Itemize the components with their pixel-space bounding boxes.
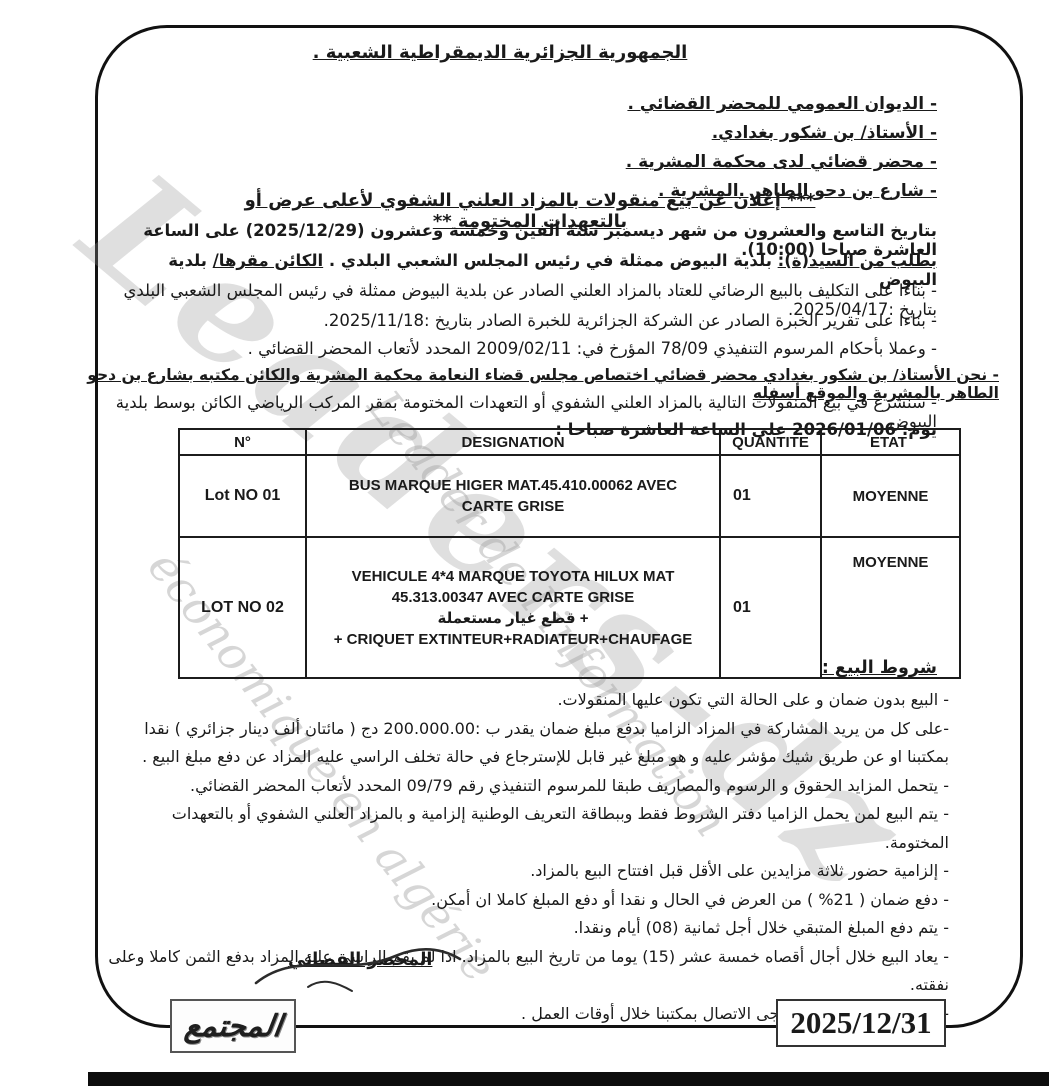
office-line-3: - محضر قضائي لدى محكمة المشرية . bbox=[517, 148, 937, 177]
lot2-designation-line4: + CRIQUET EXTINTEUR+RADIATEUR+CHAUFAGE bbox=[315, 629, 711, 650]
condition-item-6: - دفع ضمان ( 21% ) من العرض في الحال و ن… bbox=[104, 886, 949, 915]
condition-item-8: - يعاد البيع خلال أجال أقصاه خمسة عشر (1… bbox=[104, 943, 949, 1000]
lot1-etat: MOYENNE bbox=[821, 455, 960, 537]
lot1-designation: BUS MARQUE HIGER MAT.45.410.00062 AVEC C… bbox=[306, 455, 720, 537]
conditions-list: - البيع بدون ضمان و على الحالة التي تكون… bbox=[104, 686, 949, 1028]
request-label: بطلب من السيد(ة): bbox=[778, 251, 937, 270]
request-value: بلدية البيوض ممثلة في رئيس المجلس الشعبي… bbox=[323, 251, 777, 270]
lot1-quantity: 01 bbox=[720, 455, 821, 537]
lot1-number: Lot NO 01 bbox=[179, 455, 306, 537]
table-row: Lot NO 01 BUS MARQUE HIGER MAT.45.410.00… bbox=[179, 455, 960, 537]
condition-item-7: - يتم دفع المبلغ المتبقي خلال أجل ثمانية… bbox=[104, 914, 949, 943]
col-header-quantite: QUANTITE bbox=[720, 429, 821, 455]
conditions-title: شروط البيع : bbox=[822, 658, 937, 678]
lot2-quantity: 01 bbox=[720, 537, 821, 678]
document-page: Leaders-dz Leader de l'information écono… bbox=[0, 0, 1049, 1088]
lot1-designation-line2: CARTE GRISE bbox=[315, 496, 711, 517]
lot2-etat: MOYENNE bbox=[821, 537, 960, 678]
condition-item-2: -على كل من يريد المشاركة في المزاد الزام… bbox=[104, 715, 949, 772]
lot2-designation: VEHICULE 4*4 MARQUE TOYOTA HILUX MAT 45.… bbox=[306, 537, 720, 678]
col-header-number: N° bbox=[179, 429, 306, 455]
lot2-number: LOT NO 02 bbox=[179, 537, 306, 678]
col-header-designation: DESIGNATION bbox=[306, 429, 720, 455]
table-row: LOT NO 02 VEHICULE 4*4 MARQUE TOYOTA HIL… bbox=[179, 537, 960, 678]
table-header-row: N° DESIGNATION QUANTITE ETAT bbox=[179, 429, 960, 455]
request-hq-label: الكائن مقرها/ bbox=[213, 251, 323, 270]
condition-item-3: - يتحمل المزايد الحقوق و الرسوم والمصاري… bbox=[104, 772, 949, 801]
basis-line-2: - بناءا على تقرير الخبرة الصادر عن الشرك… bbox=[107, 311, 937, 330]
lot2-designation-line3: + قطع غيار مستعملة bbox=[315, 608, 711, 629]
handwritten-signature bbox=[248, 935, 468, 995]
office-line-1: - الديوان العمومي للمحضر القضائي . bbox=[517, 90, 937, 119]
lot1-designation-line1: BUS MARQUE HIGER MAT.45.410.00062 AVEC bbox=[315, 475, 711, 496]
stamp-calligraphy-text: المجتمع bbox=[182, 1009, 283, 1044]
condition-item-4: - يتم البيع لمن يحمل الزاميا دفتر الشروط… bbox=[104, 800, 949, 857]
publication-date: 2025/12/31 bbox=[790, 1005, 931, 1041]
bailiff-office-block: - الديوان العمومي للمحضر القضائي . - الأ… bbox=[517, 90, 937, 206]
lot2-designation-line2: 45.313.00347 AVEC CARTE GRISE bbox=[315, 587, 711, 608]
republic-title: الجمهورية الجزائرية الديمقراطية الشعبية … bbox=[280, 42, 720, 63]
col-header-etat: ETAT bbox=[821, 429, 960, 455]
basis-line-3: - وعملا بأحكام المرسوم التنفيذي 78/09 ال… bbox=[107, 339, 937, 358]
condition-item-5: - إلزامية حضور ثلاثة مزايدين على الأقل ق… bbox=[104, 857, 949, 886]
lots-table: N° DESIGNATION QUANTITE ETAT Lot NO 01 B… bbox=[178, 428, 961, 679]
newspaper-stamp-logo: المجتمع bbox=[170, 999, 296, 1053]
lot2-designation-line1: VEHICULE 4*4 MARQUE TOYOTA HILUX MAT bbox=[315, 566, 711, 587]
bottom-black-bar bbox=[88, 1072, 1049, 1086]
office-line-2: - الأستاذ/ بن شكور بغدادي. bbox=[517, 119, 937, 148]
condition-item-1: - البيع بدون ضمان و على الحالة التي تكون… bbox=[104, 686, 949, 715]
publication-date-box: 2025/12/31 bbox=[776, 999, 946, 1047]
